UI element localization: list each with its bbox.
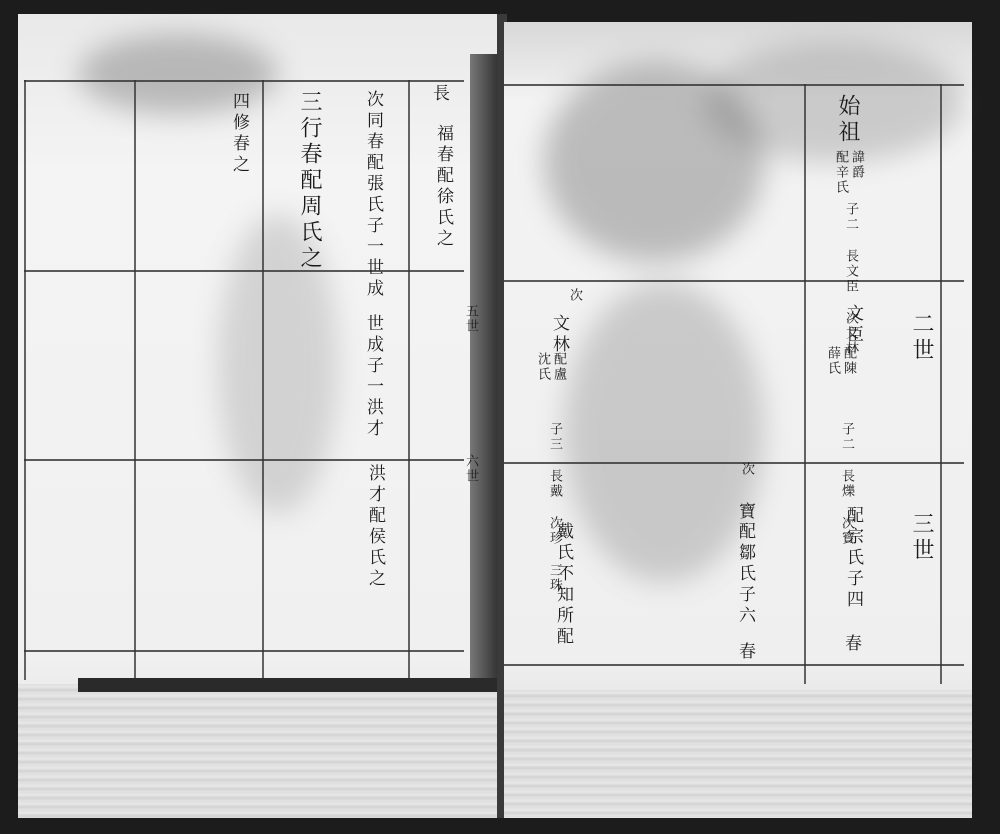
- grid-line: [408, 80, 410, 680]
- wenchen-spouse: 配陳: [842, 346, 855, 376]
- right-page: 始祖 諱爵 配辛氏 子二 長文臣 次文林 二世 三世 文臣 配陳 薛氏 子二 長…: [504, 22, 972, 818]
- grid-line: [504, 462, 964, 464]
- entry-chang: 長: [430, 84, 447, 105]
- damage-band: [78, 678, 498, 692]
- grid-line: [24, 80, 26, 680]
- wenchen-spouse2: 薛氏: [826, 346, 839, 376]
- bao-entry: 配鄒氏子六: [736, 522, 753, 627]
- grid-line: [504, 84, 964, 86]
- grid-line: [24, 80, 464, 82]
- grid-line: [24, 270, 464, 272]
- generation-label-5: 五世: [464, 304, 477, 334]
- page-lower-margin: [504, 690, 972, 818]
- generation-label-3: 三世: [910, 512, 932, 564]
- water-stain: [564, 282, 764, 582]
- shuo-entry: 配宗氏子四: [844, 506, 861, 611]
- grid-line: [504, 280, 964, 282]
- wenlin-note: 戴氏不知所配: [554, 522, 571, 648]
- generation-label-6: 六世: [464, 454, 477, 484]
- water-stain: [704, 42, 964, 162]
- shuo-shared-name: 春: [842, 634, 859, 655]
- grid-line: [24, 650, 464, 652]
- grid-line: [262, 80, 264, 680]
- founder-name: 諱爵: [850, 150, 863, 180]
- left-page: 長 福春配徐氏之 次同春配張氏子一世成 世成子一洪才 洪才配侯氏之 三行春配周氏…: [18, 14, 498, 818]
- grid-line: [804, 84, 806, 684]
- generation-label-2: 二世: [910, 312, 932, 364]
- grid-line: [24, 459, 464, 461]
- entry-hongcai: 洪才配侯氏之: [366, 464, 383, 590]
- bao-shared-name: 春: [736, 642, 753, 663]
- bao-name: 寶: [736, 502, 753, 523]
- wenchen-name: 文臣: [844, 304, 861, 346]
- page-lower-margin: [18, 684, 498, 818]
- grid-line: [134, 80, 136, 680]
- founder-spouse: 配辛氏: [834, 150, 847, 195]
- entry-fuchun: 福春配徐氏之: [434, 124, 451, 250]
- entry-xingchun: 三行春配周氏之: [298, 90, 320, 272]
- bao-prefix: 次: [740, 462, 753, 477]
- grid-line: [504, 664, 964, 666]
- entry-xiuchun: 四修春之: [230, 92, 247, 176]
- wenlin-prefix: 次: [568, 288, 581, 303]
- founder-title: 始祖: [836, 94, 858, 146]
- wenlin-name: 文林: [550, 314, 567, 356]
- entry-tongchun: 次同春配張氏子一世成: [364, 90, 381, 300]
- wenlin-spouse2: 沈氏: [536, 352, 549, 382]
- entry-shicheng: 世成子一洪才: [364, 314, 381, 440]
- grid-line: [940, 84, 942, 684]
- wenlin-spouse: 配盧: [552, 352, 565, 382]
